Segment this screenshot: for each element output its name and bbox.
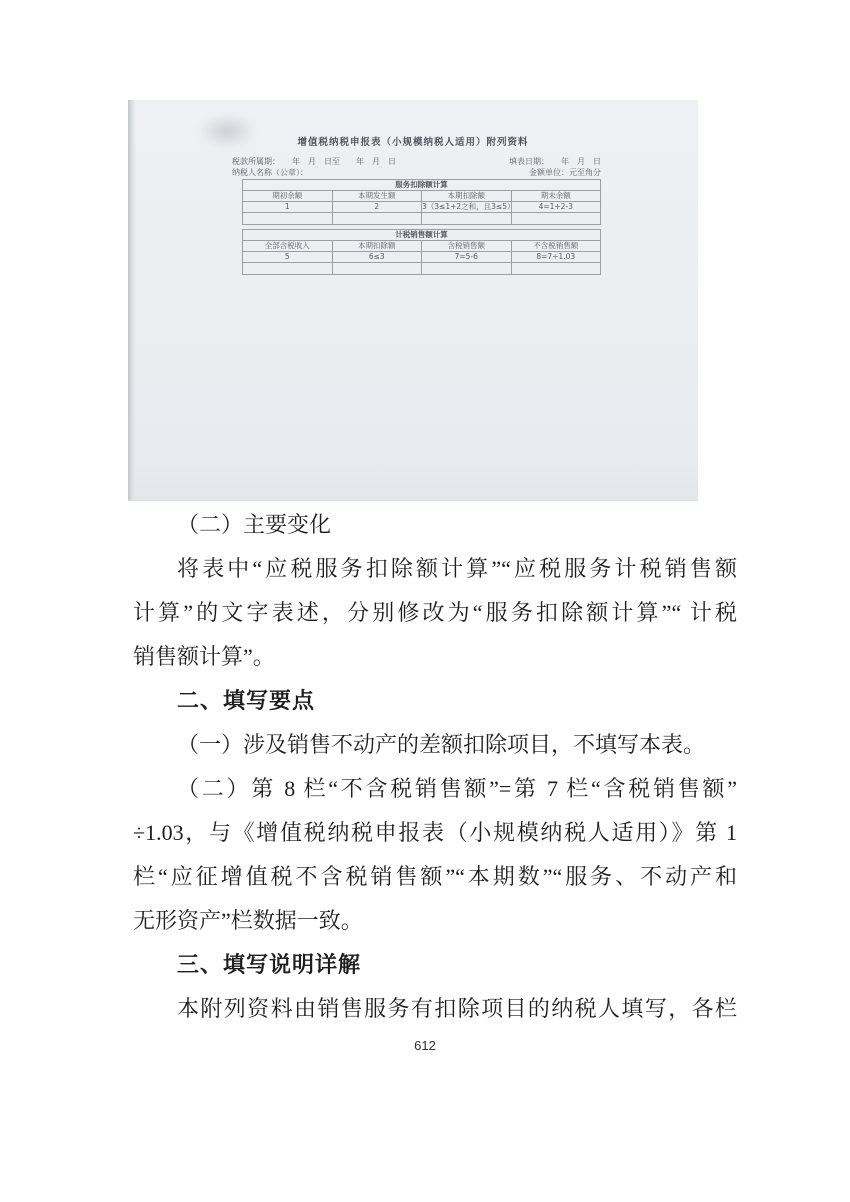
table-cell: 4=1+2-3 [511,202,601,213]
table-cell: 2 [332,202,422,213]
form-table-service-deduction: 服务扣除额计算 期初余额 本期发生额 本期扣除额 期末余额 1 2 3（3≤1+… [242,179,601,225]
paragraph-line: 栏“应征增值税不含税销售额”“本期数”“服务、不动产和 [133,855,737,899]
paragraph-line: 本附列资料由销售服务有扣除项目的纳税人填写，各栏 [133,987,737,1031]
table-cell-empty [332,213,422,225]
table-header-cell: 含税销售额 [422,241,512,252]
scan-smudge-mark [198,114,256,148]
table-cell: 3（3≤1+2之和，且3≤5） [422,202,512,213]
form-amount-unit: 金额单位：元至角分 [529,167,601,178]
form-fill-date: 填表日期： 年 月 日 [509,156,601,167]
form-tax-period: 税款所属期： 年 月 日至 年 月 日 [232,156,396,167]
table-cell: 6≤3 [332,252,422,263]
table-header-cell: 本期扣除额 [332,241,422,252]
subheading-main-changes: （二）主要变化 [133,503,737,547]
table-header-cell: 期末余额 [511,191,601,202]
table-header-cell: 全部含税收入 [243,241,333,252]
table-cell-empty [511,213,601,225]
table-header-cell: 本期扣除额 [422,191,512,202]
paragraph-line: 无形资产”栏数据一致。 [133,899,737,943]
table-cell: 8=7÷1.03 [511,252,601,263]
form-table-taxable-sales: 计税销售额计算 全部含税收入 本期扣除额 含税销售额 不含税销售额 5 6≤3 … [242,229,601,275]
paragraph-line: ÷1.03，与《增值税纳税申报表（小规模纳税人适用）》第 1 [133,811,737,855]
table-cell-empty [243,213,333,225]
paragraph-line: 将表中“应税服务扣除额计算”“应税服务计税销售额 [133,547,737,591]
table-cell: 5 [243,252,333,263]
table-caption: 服务扣除额计算 [243,180,601,191]
table-cell-empty [332,263,422,275]
table-cell: 7=5-6 [422,252,512,263]
paragraph-line: 计算”的文字表述，分别修改为“服务扣除额计算”“ 计税 [133,591,737,635]
table-caption: 计税销售额计算 [243,230,601,241]
paragraph-line: 销售额计算”。 [133,635,737,679]
table-cell-empty [511,263,601,275]
form-info-block: 税款所属期： 年 月 日至 年 月 日 填表日期： 年 月 日 纳税人名称（公章… [232,156,601,178]
table-cell-empty [422,213,512,225]
scan-gutter-shadow [128,100,136,500]
scanned-form-image: 增值税纳税申报表（小规模纳税人适用）附列资料 税款所属期： 年 月 日至 年 月… [128,100,698,501]
table-header-cell: 本期发生额 [332,191,422,202]
table-header-cell: 不含税销售额 [511,241,601,252]
table-cell-empty [422,263,512,275]
paragraph-line: （二）第 8 栏“不含税销售额”=第 7 栏“含税销售额” [133,767,737,811]
table-header-cell: 期初余额 [243,191,333,202]
heading-filling-guide: 三、填写说明详解 [133,943,737,987]
paragraph-line: （一）涉及销售不动产的差额扣除项目，不填写本表。 [133,723,737,767]
table-cell: 1 [243,202,333,213]
table-cell-empty [243,263,333,275]
document-body: （二）主要变化 将表中“应税服务扣除额计算”“应税服务计税销售额 计算”的文字表… [133,503,737,1031]
form-taxpayer-name: 纳税人名称（公章）： [232,167,308,178]
page-number: 612 [0,1038,850,1053]
heading-filling-points: 二、填写要点 [133,679,737,723]
